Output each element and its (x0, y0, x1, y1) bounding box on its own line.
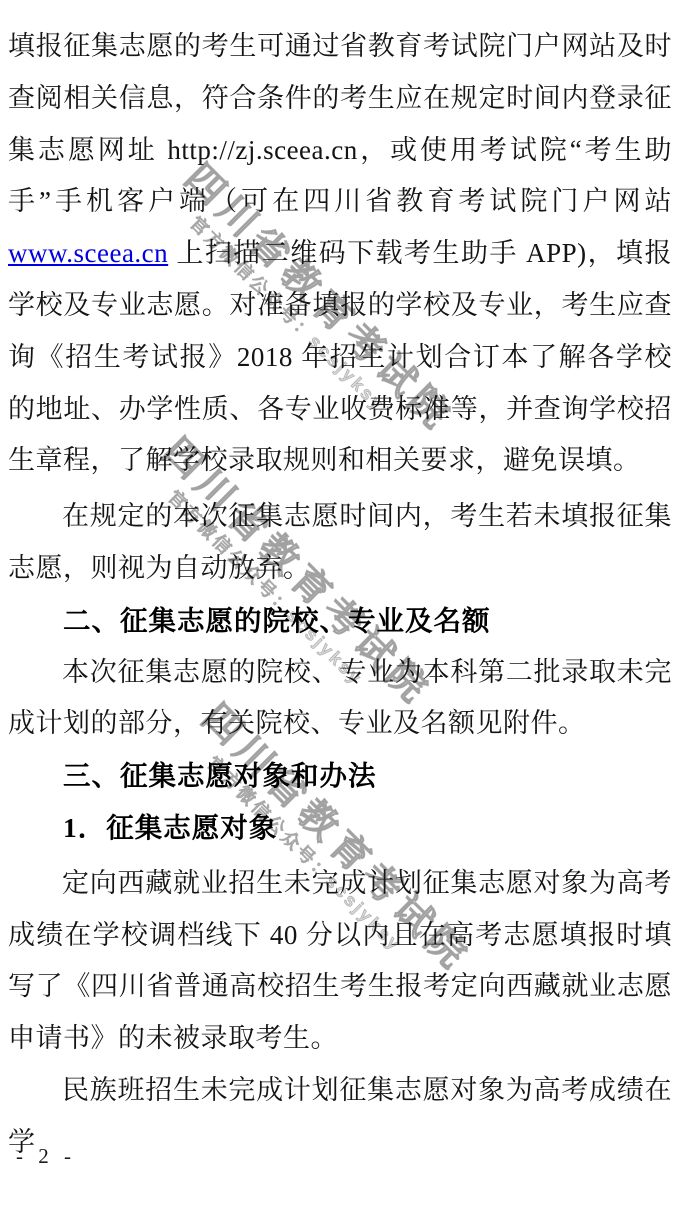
paragraph-tibet-targets: 定向西藏就业招生未完成计划征集志愿对象为高考成绩在学校调档线下 40 分以内且在… (8, 858, 672, 1065)
zj-sceea-url-text: http://zj.sceea.cn (167, 135, 357, 165)
heading-subsection-1: 1．征集志愿对象 (8, 802, 672, 854)
paragraph-minzu-targets: 民族班招生未完成计划征集志愿对象为高考成绩在学 (8, 1065, 672, 1169)
document-body: 填报征集志愿的考生可通过省教育考试院门户网站及时查阅相关信息，符合条件的考生应在… (8, 21, 672, 1169)
paragraph-text: 上扫描二维码下载考生助手 APP)，填报学校及专业志愿。对准备填报的学校及专业，… (8, 238, 672, 475)
paragraph-section-2: 本次征集志愿的院校、专业为本科第二批录取未完成计划的部分，有关院校、专业及名额见… (8, 647, 672, 751)
heading-section-2: 二、征集志愿的院校、专业及名额 (8, 595, 672, 647)
document-page: 四川省教育考试院 官方微信公众号：scsjyksy 四川省教育考试院 官方微信公… (0, 0, 680, 1207)
heading-section-3: 三、征集志愿对象和办法 (8, 750, 672, 802)
sceea-website-link[interactable]: www.sceea.cn (8, 238, 168, 268)
paragraph-abandon-rule: 在规定的本次征集志愿时间内，考生若未填报征集志愿，则视为自动放弃。 (8, 491, 672, 595)
page-number: - 2 - (16, 1144, 76, 1169)
paragraph-continuation: 填报征集志愿的考生可通过省教育考试院门户网站及时查阅相关信息，符合条件的考生应在… (8, 21, 672, 487)
